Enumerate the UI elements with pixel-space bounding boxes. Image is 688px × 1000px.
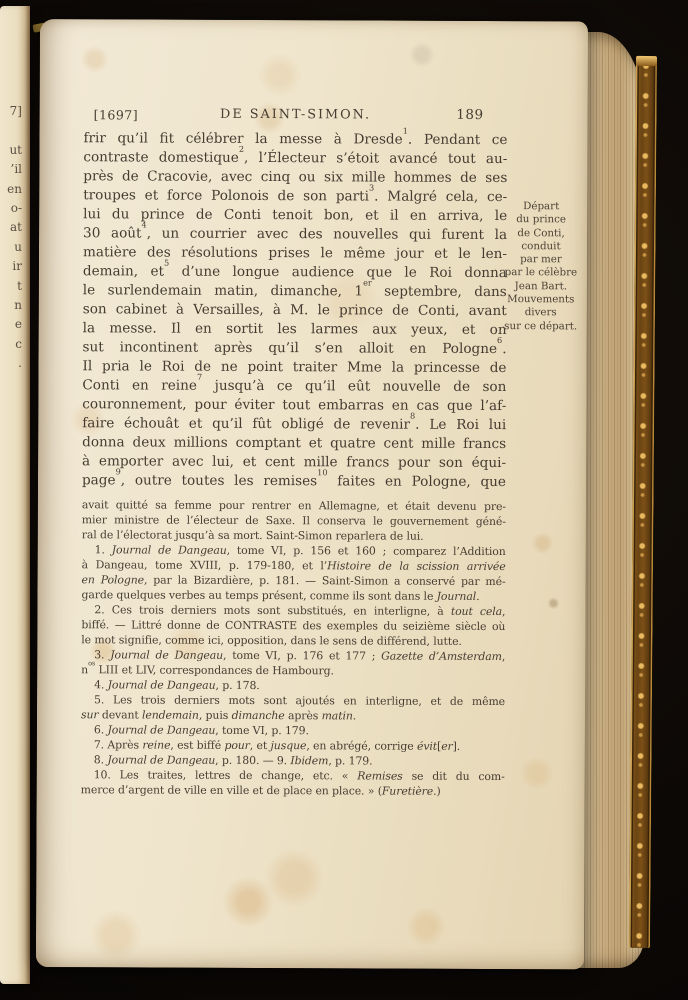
footnote-line: merce d’argent de ville en ville et de p…	[81, 782, 505, 799]
body-line: son cabinet à Versailles, à M. le prince…	[83, 300, 507, 321]
footnotes: avait quitté sa femme pour rentrer en Al…	[81, 497, 506, 799]
body-line: Il pria le Roi de ne point traiter Mme l…	[82, 357, 506, 378]
body-line: page9, outre toutes les remises10 faites…	[82, 471, 506, 492]
header-page-number: 189	[456, 107, 483, 123]
page-header: [1697] DE SAINT-SIMON. 189	[84, 105, 508, 127]
body-line: frir qu’il fit célébrer la messe à Dresd…	[83, 129, 507, 150]
body-line: sut incontinent après qu’il s’en alloit …	[83, 338, 507, 359]
body-line: faire échouât et qu’il fût obligé de rev…	[82, 414, 506, 435]
body-line: 30 août4, un courrier avec des nouvelles…	[83, 224, 507, 245]
margin-note: Départ du prince de Conti, conduit par m…	[491, 200, 592, 333]
left-page-sliver: 7] ut ’il en o- at u ir t n e c .	[0, 6, 30, 984]
left-page-text-fragments: 7] ut ’il en o- at u ir t n e c .	[0, 102, 22, 374]
body-line: troupes et force Polonois de son parti3.…	[83, 186, 507, 207]
body-line: donna deux millions comptant et quatre c…	[82, 433, 506, 454]
body-line: couronnement, pour éviter tout embarras …	[82, 395, 506, 416]
book-photo: 7] ut ’il en o- at u ir t n e c . [1697]…	[0, 0, 688, 1000]
book-page: [1697] DE SAINT-SIMON. 189 frir qu’il fi…	[36, 19, 588, 969]
body-line: le surlendemain matin, dimanche, 1er sep…	[83, 281, 507, 302]
body-line: matière des résolutions prises le même j…	[83, 243, 507, 264]
body-line: à emporter avec lui, et cent mille franc…	[82, 452, 506, 473]
body-line: la messe. Il en sortit les larmes aux ye…	[83, 319, 507, 340]
body-text: frir qu’il fit célébrer la messe à Dresd…	[82, 129, 508, 492]
body-line: près de Cracovie, avec cinq ou six mille…	[83, 167, 507, 188]
header-title: DE SAINT-SIMON.	[84, 106, 508, 123]
body-line: Conti en reine7 jusqu’à ce qu’il eût nou…	[82, 376, 506, 397]
body-line: demain, et5 d’une longue audience que le…	[83, 262, 507, 283]
body-line: contraste domestique2, l’Électeur s’étoi…	[83, 148, 507, 169]
